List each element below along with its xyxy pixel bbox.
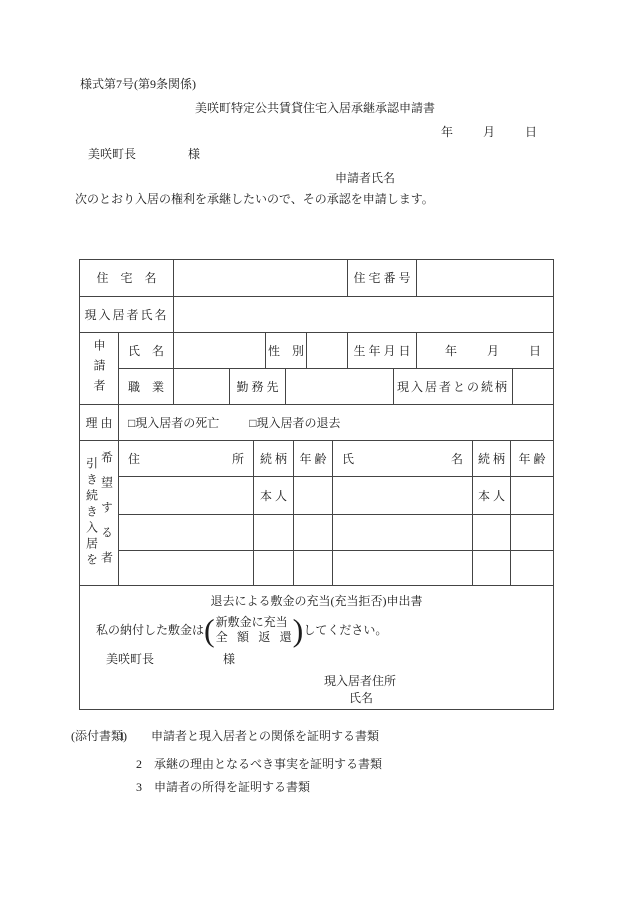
- household-name-header-right: 名: [451, 452, 463, 466]
- occupation-label: 職 業: [119, 369, 174, 405]
- relation-to-occupant-field: [513, 369, 554, 405]
- deposit-sentence-suffix: してください。: [303, 623, 387, 637]
- household-age-header-1: 年 齢: [294, 441, 333, 477]
- household-name-cell: [333, 515, 473, 551]
- attachment-item-number: 1: [119, 729, 125, 743]
- household-age-header-2: 年 齢: [511, 441, 554, 477]
- household-relation-header-1: 続 柄: [254, 441, 294, 477]
- household-group-label-col1: 引き続き入居を: [85, 457, 99, 569]
- household-relation-cell: [473, 551, 511, 586]
- household-group-label: 引き続き入居を 希望する者: [80, 441, 119, 586]
- household-name-header: 氏 名: [333, 441, 473, 477]
- household-age-cell: [511, 551, 554, 586]
- relation-to-occupant-label: 現入居者との続柄: [394, 369, 513, 405]
- household-age-cell: [511, 515, 554, 551]
- household-address-cell: [119, 515, 254, 551]
- attachment-item-text: 申請者の所得を証明する書類: [154, 780, 310, 794]
- reason-options: □現入居者の死亡 □現入居者の退去: [119, 405, 554, 441]
- housing-number-field: [417, 260, 554, 297]
- household-self-relation-1: 本 人: [254, 477, 294, 515]
- household-address-header-left: 住: [128, 452, 140, 466]
- deposit-addressee: 美咲町長: [106, 652, 154, 666]
- household-age-cell: [511, 477, 554, 515]
- household-age-cell: [294, 515, 333, 551]
- household-age-cell: [294, 477, 333, 515]
- household-self-relation-2: 本 人: [473, 477, 511, 515]
- household-name-cell: [333, 551, 473, 586]
- household-group-label-col2: 希望する者: [100, 451, 114, 576]
- household-relation-cell: [254, 551, 294, 586]
- applicant-group-label-text: 申請者: [92, 339, 106, 399]
- housing-name-field: [174, 260, 348, 297]
- reason-label: 理 由: [80, 405, 119, 441]
- housing-name-label: 住 宅 名: [80, 260, 174, 297]
- gender-field: [307, 333, 348, 369]
- reason-option-death: □現入居者の死亡: [128, 416, 219, 430]
- applicant-name-label: 氏 名: [119, 333, 174, 369]
- applicant-name-field: [174, 333, 266, 369]
- current-occupant-field: [174, 297, 554, 333]
- attachment-item-number: 2: [136, 757, 142, 771]
- birthdate-label: 生 年 月 日: [348, 333, 417, 369]
- birthdate-value: 年 月 日: [417, 333, 554, 369]
- household-address-cell: [119, 551, 254, 586]
- applicant-group-label: 申請者: [80, 333, 119, 405]
- addressee-honorific: 様: [188, 147, 200, 161]
- workplace-field: [286, 369, 394, 405]
- occupation-field: [174, 369, 230, 405]
- addressee: 美咲町長: [88, 147, 136, 161]
- household-address-header-right: 所: [232, 452, 244, 466]
- deposit-sentence: 私の納付した敷金は ( 新敷金に充当 全 額 返 還 ) してください。: [96, 613, 387, 647]
- close-paren: ): [293, 613, 304, 647]
- household-relation-cell: [254, 515, 294, 551]
- household-name-cell: [333, 477, 473, 515]
- form-number: 様式第7号(第9条関係): [80, 77, 196, 91]
- application-table: 住 宅 名 住 宅 番 号 現入居者氏名 申請者 氏 名 性 別 生 年 月 日…: [79, 259, 554, 710]
- household-address-cell: [119, 477, 254, 515]
- attachment-item-text: 申請者と現入居者との関係を証明する書類: [151, 729, 379, 743]
- open-paren: (: [204, 613, 215, 647]
- deposit-addressee-honorific: 様: [223, 652, 235, 666]
- household-name-header-left: 氏: [342, 452, 354, 466]
- household-relation-cell: [473, 515, 511, 551]
- deposit-sentence-prefix: 私の納付した敷金は: [96, 623, 204, 637]
- household-age-cell: [294, 551, 333, 586]
- deposit-options: 新敷金に充当 全 額 返 還: [216, 615, 292, 645]
- reason-option-moveout: □現入居者の退去: [249, 416, 340, 430]
- current-occupant-label: 現入居者氏名: [80, 297, 174, 333]
- deposit-section: 退去による敷金の充当(充当拒否)申出書 私の納付した敷金は ( 新敷金に充当 全…: [80, 586, 554, 710]
- applicant-name-line: 申請者氏名: [335, 171, 395, 185]
- deposit-title: 退去による敷金の充当(充当拒否)申出書: [80, 594, 553, 608]
- intro-sentence: 次のとおり入居の権利を承継したいので、その承認を申請します。: [75, 192, 434, 206]
- deposit-name-label: 氏名: [349, 691, 373, 705]
- gender-label: 性 別: [266, 333, 307, 369]
- deposit-address-label: 現入居者住所: [324, 674, 396, 688]
- attachment-item-text: 承継の理由となるべき事実を証明する書類: [154, 757, 382, 771]
- form-page: 様式第7号(第9条関係) 美咲町特定公共賃貸住宅入居承継承認申請書 年 月 日 …: [0, 0, 630, 903]
- attachment-item-number: 3: [136, 780, 142, 794]
- page-title: 美咲町特定公共賃貸住宅入居承継承認申請書: [0, 101, 630, 115]
- household-address-header: 住 所: [119, 441, 254, 477]
- housing-number-label: 住 宅 番 号: [348, 260, 417, 297]
- date-line: 年 月 日: [441, 125, 539, 139]
- deposit-option-refund: 全 額 返 還: [216, 630, 292, 645]
- deposit-option-apply: 新敷金に充当: [216, 615, 292, 630]
- household-relation-header-2: 続 柄: [473, 441, 511, 477]
- workplace-label: 勤 務 先: [230, 369, 286, 405]
